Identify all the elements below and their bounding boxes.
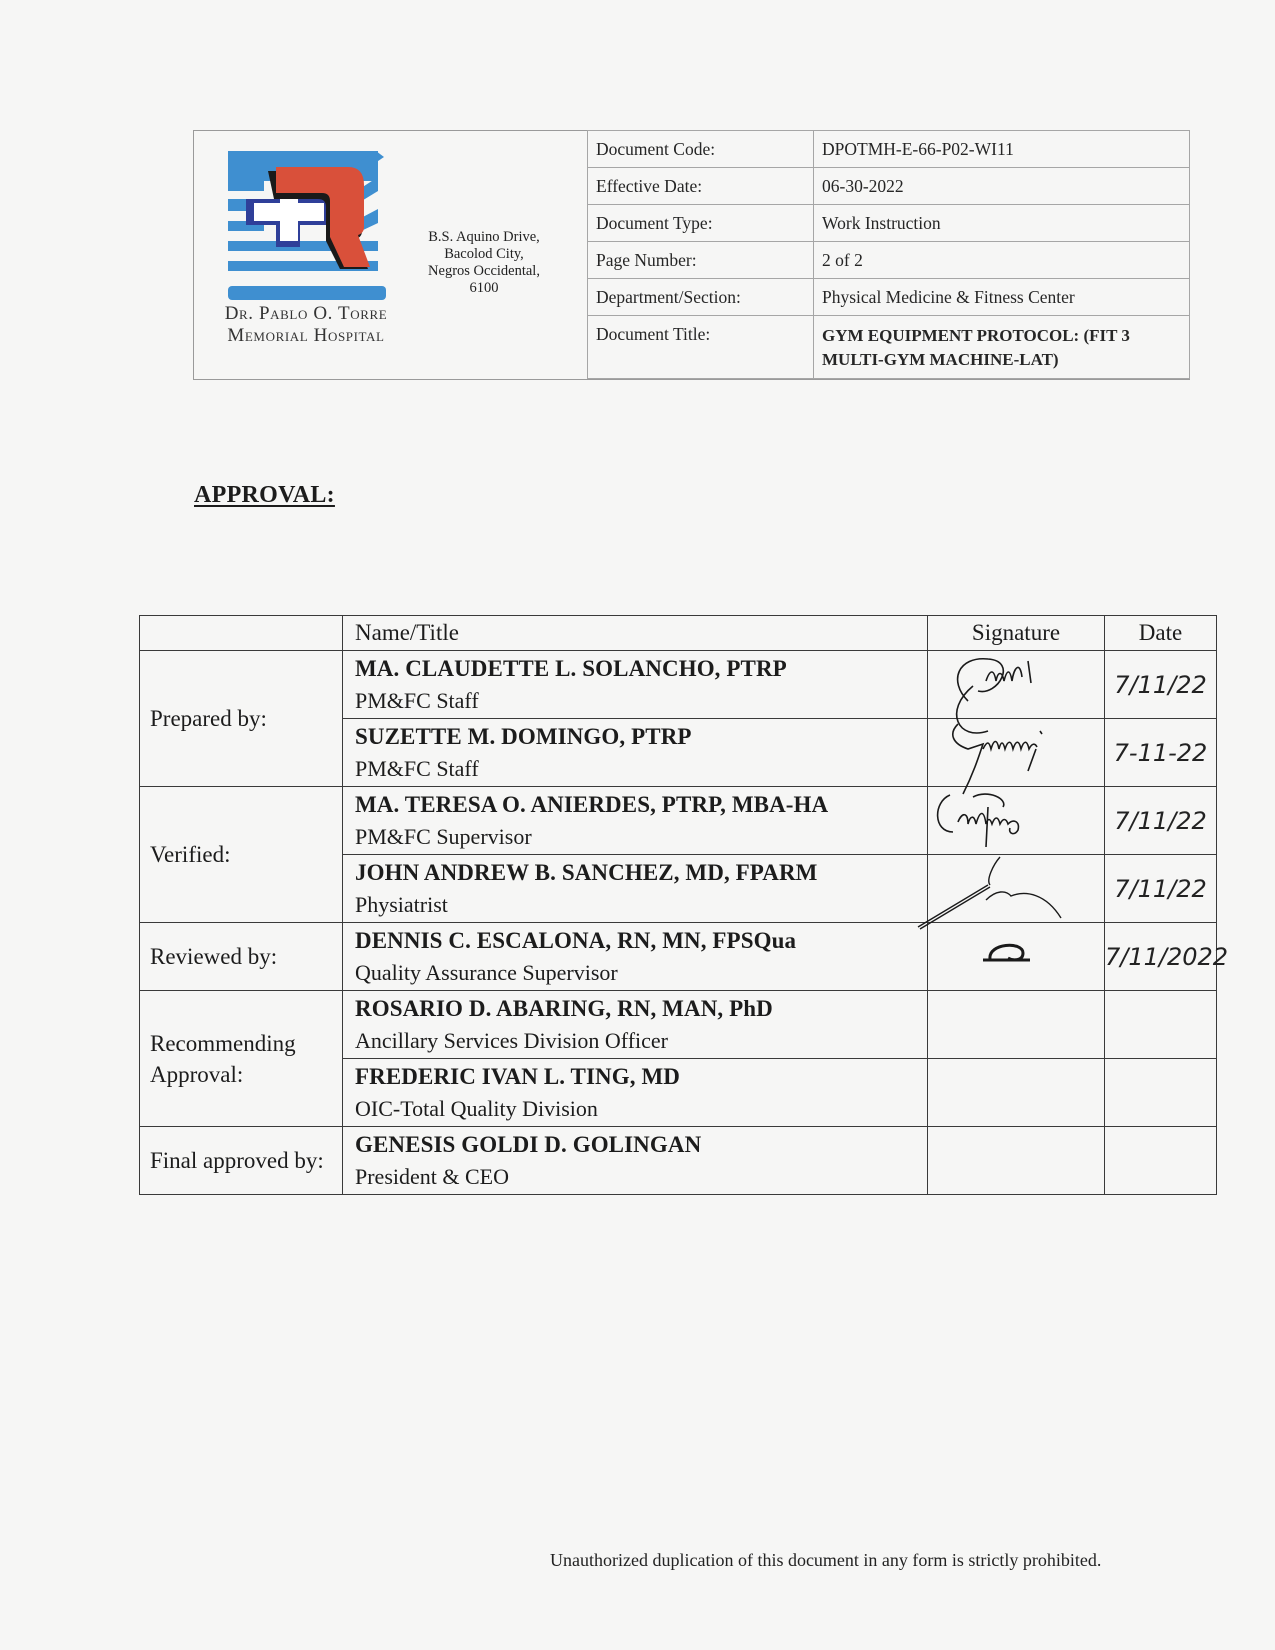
document-header: Dr. Pablo O. Torre Memorial Hospital B.S… — [193, 130, 1190, 380]
signature-icon — [928, 787, 1105, 855]
signature-icon — [928, 719, 1105, 787]
signature-date — [1105, 991, 1217, 1059]
signatory-name: FREDERIC IVAN L. TING, MD — [355, 1061, 927, 1093]
duplication-notice: Unauthorized duplication of this documen… — [550, 1550, 1101, 1571]
signatory-name: MA. TERESA O. ANIERDES, PTRP, MBA-HA — [355, 789, 927, 821]
meta-label: Document Code: — [588, 131, 814, 168]
signatory-title: Quality Assurance Supervisor — [355, 957, 927, 989]
table-row: Verified: MA. TERESA O. ANIERDES, PTRP, … — [140, 787, 1217, 855]
address-zip: 6100 — [409, 280, 559, 297]
meta-row-department: Department/Section: Physical Medicine & … — [588, 279, 1190, 316]
approval-table-header: Name/Title Signature Date — [140, 616, 1217, 651]
meta-value: 2 of 2 — [814, 242, 1190, 279]
signatory-name: DENNIS C. ESCALONA, RN, MN, FPSQua — [355, 925, 927, 957]
meta-value: DPOTMH-E-66-P02-WI11 — [814, 131, 1190, 168]
signature-cell — [928, 855, 1105, 923]
signature-date — [1105, 1127, 1217, 1195]
meta-label: Document Title: — [588, 316, 814, 379]
signatory-name: MA. CLAUDETTE L. SOLANCHO, PTRP — [355, 653, 927, 685]
name-title-cell: GENESIS GOLDI D. GOLINGAN President & CE… — [343, 1127, 928, 1195]
hospital-name: Dr. Pablo O. Torre Memorial Hospital — [206, 303, 406, 347]
meta-value: Work Instruction — [814, 205, 1190, 242]
address-street: B.S. Aquino Drive, — [409, 229, 559, 246]
signature-cell-empty — [928, 991, 1105, 1059]
column-header-name-title: Name/Title — [343, 616, 928, 651]
role-reviewed-by: Reviewed by: — [140, 923, 343, 991]
role-final-approved-by: Final approved by: — [140, 1127, 343, 1195]
signature-date: 7/11/2022 — [1105, 923, 1217, 991]
role-prepared-by: Prepared by: — [140, 651, 343, 787]
meta-row-page-number: Page Number: 2 of 2 — [588, 242, 1190, 279]
signature-cell — [928, 787, 1105, 855]
document-meta-table: Document Code: DPOTMH-E-66-P02-WI11 Effe… — [587, 130, 1190, 379]
column-header-date: Date — [1105, 616, 1217, 651]
signature-date: 7/11/22 — [1105, 651, 1217, 719]
signatory-title: PM&FC Staff — [355, 685, 927, 717]
signatory-title: President & CEO — [355, 1161, 927, 1193]
role-recommending-approval: Recommending Approval: — [140, 991, 343, 1127]
meta-row-document-title: Document Title: GYM EQUIPMENT PROTOCOL: … — [588, 316, 1190, 379]
signature-date: 7/11/22 — [1105, 855, 1217, 923]
role-verified: Verified: — [140, 787, 343, 923]
name-title-cell: MA. CLAUDETTE L. SOLANCHO, PTRP PM&FC St… — [343, 651, 928, 719]
meta-value: Physical Medicine & Fitness Center — [814, 279, 1190, 316]
table-row: Recommending Approval: ROSARIO D. ABARIN… — [140, 991, 1217, 1059]
signatory-name: GENESIS GOLDI D. GOLINGAN — [355, 1129, 927, 1161]
approval-heading: APPROVAL: — [194, 482, 335, 509]
meta-row-document-code: Document Code: DPOTMH-E-66-P02-WI11 — [588, 131, 1190, 168]
signature-cell-empty — [928, 1059, 1105, 1127]
meta-row-document-type: Document Type: Work Instruction — [588, 205, 1190, 242]
hospital-address: B.S. Aquino Drive, Bacolod City, Negros … — [409, 229, 559, 297]
meta-label: Document Type: — [588, 205, 814, 242]
signature-icon — [928, 855, 1105, 923]
signatory-title: Ancillary Services Division Officer — [355, 1025, 927, 1057]
signatory-title: Physiatrist — [355, 889, 927, 921]
meta-row-effective-date: Effective Date: 06-30-2022 — [588, 168, 1190, 205]
table-row: Final approved by: GENESIS GOLDI D. GOLI… — [140, 1127, 1217, 1195]
address-province: Negros Occidental, — [409, 263, 559, 280]
signatory-name: ROSARIO D. ABARING, RN, MAN, PhD — [355, 993, 927, 1025]
signatory-title: PM&FC Staff — [355, 753, 927, 785]
signature-date — [1105, 1059, 1217, 1127]
name-title-cell: JOHN ANDREW B. SANCHEZ, MD, FPARM Physia… — [343, 855, 928, 923]
hospital-name-line1: Dr. Pablo O. Torre — [206, 303, 406, 325]
name-title-cell: MA. TERESA O. ANIERDES, PTRP, MBA-HA PM&… — [343, 787, 928, 855]
hospital-name-line2: Memorial Hospital — [206, 325, 406, 347]
signature-cell — [928, 719, 1105, 787]
name-title-cell: DENNIS C. ESCALONA, RN, MN, FPSQua Quali… — [343, 923, 928, 991]
hospital-logo-icon — [228, 151, 386, 303]
column-header-signature: Signature — [928, 616, 1105, 651]
meta-label: Effective Date: — [588, 168, 814, 205]
name-title-cell: FREDERIC IVAN L. TING, MD OIC-Total Qual… — [343, 1059, 928, 1127]
meta-label: Department/Section: — [588, 279, 814, 316]
meta-value: 06-30-2022 — [814, 168, 1190, 205]
signature-icon — [928, 923, 1105, 991]
meta-label: Page Number: — [588, 242, 814, 279]
column-header-role — [140, 616, 343, 651]
signatory-name: SUZETTE M. DOMINGO, PTRP — [355, 721, 927, 753]
signature-date: 7-11-22 — [1105, 719, 1217, 787]
signature-icon — [928, 651, 1105, 719]
address-city: Bacolod City, — [409, 246, 559, 263]
signature-date: 7/11/22 — [1105, 787, 1217, 855]
hospital-branding: Dr. Pablo O. Torre Memorial Hospital B.S… — [194, 131, 587, 379]
signatory-name: JOHN ANDREW B. SANCHEZ, MD, FPARM — [355, 857, 927, 889]
name-title-cell: SUZETTE M. DOMINGO, PTRP PM&FC Staff — [343, 719, 928, 787]
signature-cell — [928, 651, 1105, 719]
signatory-title: OIC-Total Quality Division — [355, 1093, 927, 1125]
table-row: Prepared by: MA. CLAUDETTE L. SOLANCHO, … — [140, 651, 1217, 719]
table-row: Reviewed by: DENNIS C. ESCALONA, RN, MN,… — [140, 923, 1217, 991]
signature-cell — [928, 923, 1105, 991]
name-title-cell: ROSARIO D. ABARING, RN, MAN, PhD Ancilla… — [343, 991, 928, 1059]
signatory-title: PM&FC Supervisor — [355, 821, 927, 853]
signature-cell-empty — [928, 1127, 1105, 1195]
approval-table: Name/Title Signature Date Prepared by: M… — [139, 615, 1217, 1195]
document-title: GYM EQUIPMENT PROTOCOL: (FIT 3 MULTI-GYM… — [814, 316, 1190, 379]
